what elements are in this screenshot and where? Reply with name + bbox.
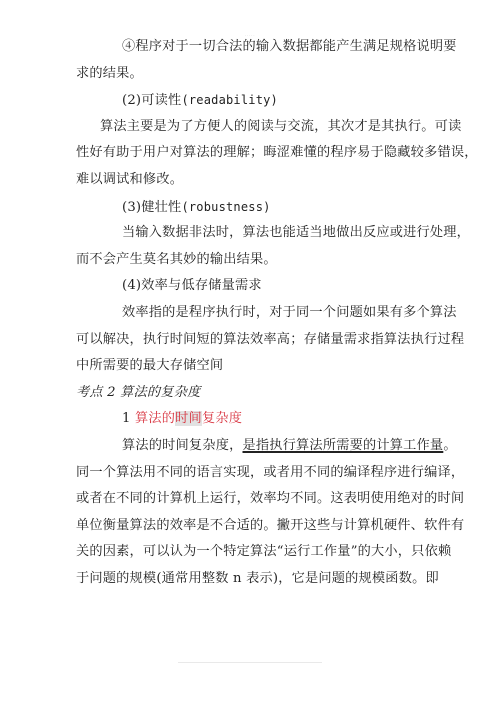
heading-en: (readability): [181, 93, 278, 107]
paragraph-line: 同一个算法用不同的语言实现，或者用不同的编译程序进行编译，: [76, 460, 426, 487]
definition-line: 算法的时间复杂度，是指执行算法所需要的计算工作量。: [76, 433, 426, 460]
heading-number: (2): [122, 93, 141, 108]
footer-divider: [178, 662, 322, 663]
paragraph-line: 关的因素，可以认为一个特定算法“运行工作量”的大小，只依赖: [76, 539, 426, 566]
paragraph-line: 单位衡量算法的效率是不合适的。撇开这些与计算机硬件、软件有: [76, 513, 426, 540]
subsection-title-part: 复杂度: [202, 411, 242, 426]
paragraph-line: 可以解决，执行时间短的算法效率高；存储量需求指算法执行过程: [76, 327, 426, 354]
paragraph-line: 于问题的规模(通常用整数 n 表示)，它是问题的规模函数。即: [76, 566, 426, 593]
heading-zh: 可读性: [141, 93, 181, 108]
heading-efficiency: (4)效率与低存储量需求: [76, 273, 426, 300]
paragraph-line: 性好有助于用户对算法的理解；晦涩难懂的程序易于隐藏较多错误，: [76, 140, 426, 167]
paragraph-line: 中所需要的最大存储空间: [76, 353, 426, 380]
section-heading: 考点 2 算法的复杂度: [76, 380, 426, 407]
subsection-title-part: 算法的: [135, 411, 175, 426]
document-page: ④程序对于一切合法的输入数据都能产生满足规格说明要 求的结果。 (2)可读性(r…: [76, 34, 426, 592]
heading-number: (3): [122, 200, 141, 215]
definition-prefix: 算法的时间复杂度，: [122, 438, 243, 453]
paragraph-line: 算法主要是为了方便人的阅读与交流，其次才是其执行。可读: [76, 114, 426, 141]
heading-readability: (2)可读性(readability): [76, 87, 426, 114]
subsection-heading: 1 算法的时间复杂度: [76, 406, 426, 433]
subsection-number: 1: [122, 411, 135, 426]
heading-zh: 健壮性: [141, 200, 181, 215]
paragraph-line: 而不会产生莫名其妙的输出结果。: [76, 247, 426, 274]
paragraph-line: 或者在不同的计算机上运行，效率均不同。这表明使用绝对的时间: [76, 486, 426, 513]
highlighted-text: 时间: [175, 411, 202, 426]
paragraph-line: 当输入数据非法时，算法也能适当地做出反应或进行处理，: [76, 220, 426, 247]
paragraph-line: 效率指的是程序执行时，对于同一个问题如果有多个算法: [76, 300, 426, 327]
definition-suffix: 。: [443, 438, 456, 453]
paragraph-line: ④程序对于一切合法的输入数据都能产生满足规格说明要: [76, 34, 426, 61]
heading-en: (robustness): [181, 200, 270, 214]
paragraph-line: 求的结果。: [76, 61, 426, 88]
paragraph-line: 难以调试和修改。: [76, 167, 426, 194]
heading-robustness: (3)健壮性(robustness): [76, 194, 426, 221]
underlined-definition: 是指执行算法所需要的计算工作量: [243, 438, 444, 453]
